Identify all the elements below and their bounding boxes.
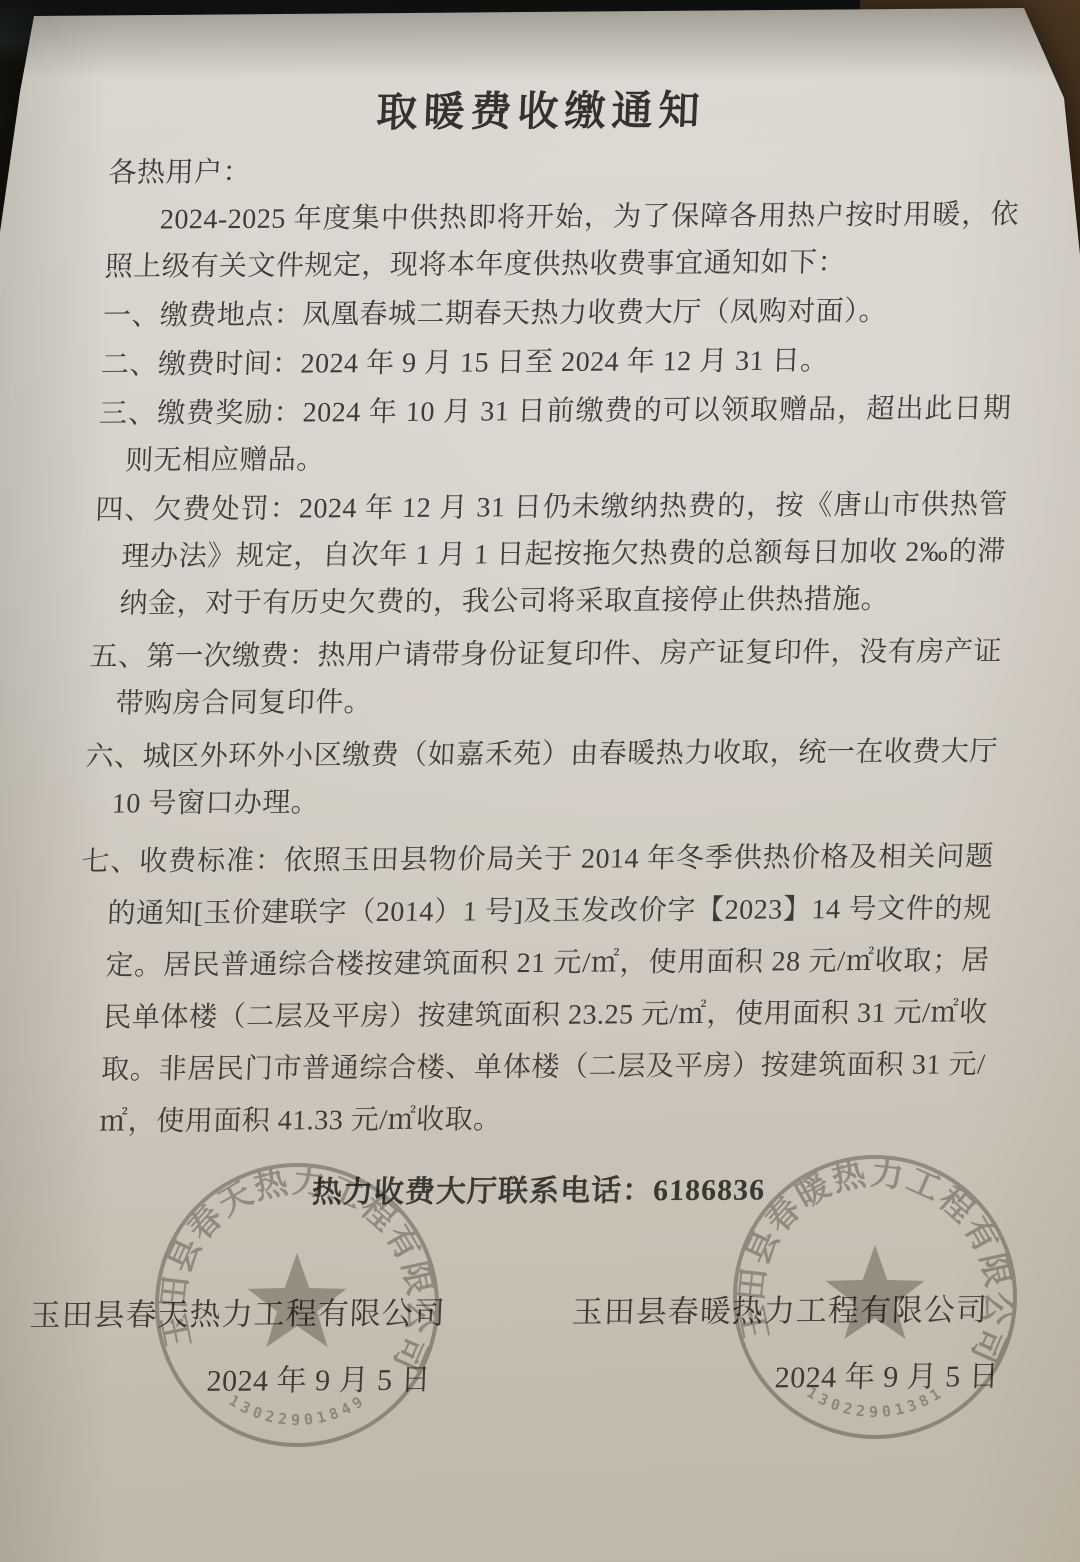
paper-wrapper: 取暖费收缴通知 各热用户： 2024-2025 年度集中供热即将开始，为了保障各…: [0, 0, 1080, 1562]
signature-row: 玉田县春天热力工程有限公司 2024 年 9 月 5 日 玉田县春暖热力工程有限…: [60, 1286, 977, 1406]
signature-left: 玉田县春天热力工程有限公司 2024 年 9 月 5 日: [26, 1289, 441, 1406]
signature-right: 玉田县春暖热力工程有限公司 2024 年 9 月 5 日: [568, 1286, 1003, 1403]
contact-phone-line: 热力收费大厅联系电话：6186836: [82, 1165, 996, 1218]
notice-item-1: 一、缴费地点：凤凰春城二期春天热力收费大厅（凤购对面）。: [102, 287, 1016, 340]
notice-item-7: 七、收费标准：依照玉田县物价局关于 2014 年冬季供热价格及相关问题的通知[玉…: [70, 831, 994, 1149]
company-name-left: 玉田县春天热力工程有限公司: [29, 1289, 441, 1339]
company-name-right: 玉田县春暖热力工程有限公司: [571, 1286, 1003, 1336]
notice-content: 取暖费收缴通知 各热用户： 2024-2025 年度集中供热即将开始，为了保障各…: [0, 80, 1080, 1407]
signature-date-right: 2024 年 9 月 5 日: [568, 1353, 1000, 1403]
notice-item-5: 五、第一次缴费：热用户请带身份证复印件、房产证复印件，没有房产证带购房合同复印件…: [87, 628, 1003, 728]
notice-item-4: 四、欠费处罚：2024 年 12 月 31 日仍未缴纳热费的，按《唐山市供热管理…: [91, 481, 1009, 628]
signature-date-left: 2024 年 9 月 5 日: [26, 1356, 438, 1406]
salutation: 各热用户：: [108, 144, 1022, 197]
intro-paragraph: 2024-2025 年度集中供热即将开始，为了保障各用热户按时用暖，依照上级有关…: [104, 191, 1020, 291]
notice-item-6: 六、城区外环外小区缴费（如嘉禾苑）由春暖热力收取，统一在收费大厅 10 号窗口办…: [83, 728, 999, 828]
paper-sheet: 取暖费收缴通知 各热用户： 2024-2025 年度集中供热即将开始，为了保障各…: [0, 0, 1080, 1562]
document-title: 取暖费收缴通知: [84, 80, 998, 142]
notice-item-2: 二、缴费时间：2024 年 9 月 15 日至 2024 年 12 月 31 日…: [100, 336, 1014, 389]
notice-item-3: 三、缴费奖励：2024 年 10 月 31 日前缴费的可以领取赠品，超出此日期则…: [96, 385, 1012, 485]
